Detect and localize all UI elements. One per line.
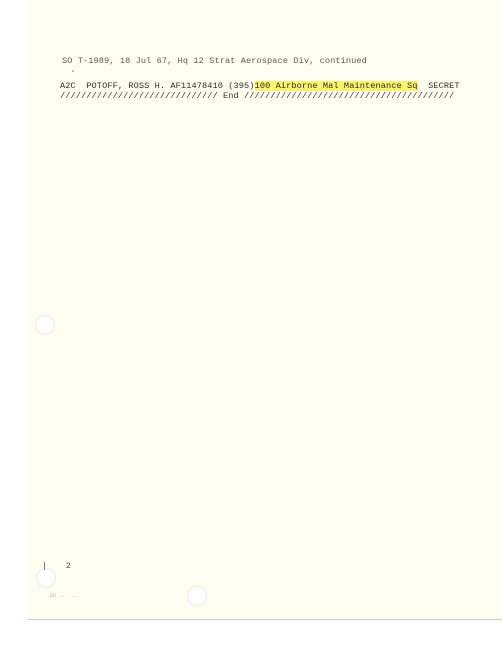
service-number: AF11478410 [170, 81, 223, 91]
end-line: ////////////////////////////// End /////… [60, 91, 454, 101]
grade: A2C [60, 81, 76, 91]
member-name: POTOFF, ROSS H. [86, 81, 165, 91]
margin-mark [44, 562, 45, 570]
unit-highlighted: 100 Airborne Mal Maintenance Sq [255, 81, 418, 91]
classification: SECRET [428, 81, 460, 91]
page-number: 2 [66, 562, 71, 571]
afsc-code: (395) [228, 81, 254, 91]
ink-speck [72, 70, 74, 72]
order-header-line: SO T-1989, 18 Jul 67, Hq 12 Strat Aerosp… [62, 56, 367, 66]
punch-hole-icon [36, 568, 56, 588]
personnel-entry: A2C POTOFF, ROSS H. AF11478410 (395)100 … [60, 81, 460, 91]
punch-hole-icon [35, 315, 55, 335]
end-slashes-right: //////////////////////////////////////// [244, 91, 454, 101]
page-bottom-edge [28, 619, 502, 620]
end-slashes-left: ////////////////////////////// [60, 91, 218, 101]
end-label: End [223, 91, 239, 101]
punch-hole-icon [187, 586, 207, 606]
form-footer-note: DD ... ... [50, 593, 80, 599]
